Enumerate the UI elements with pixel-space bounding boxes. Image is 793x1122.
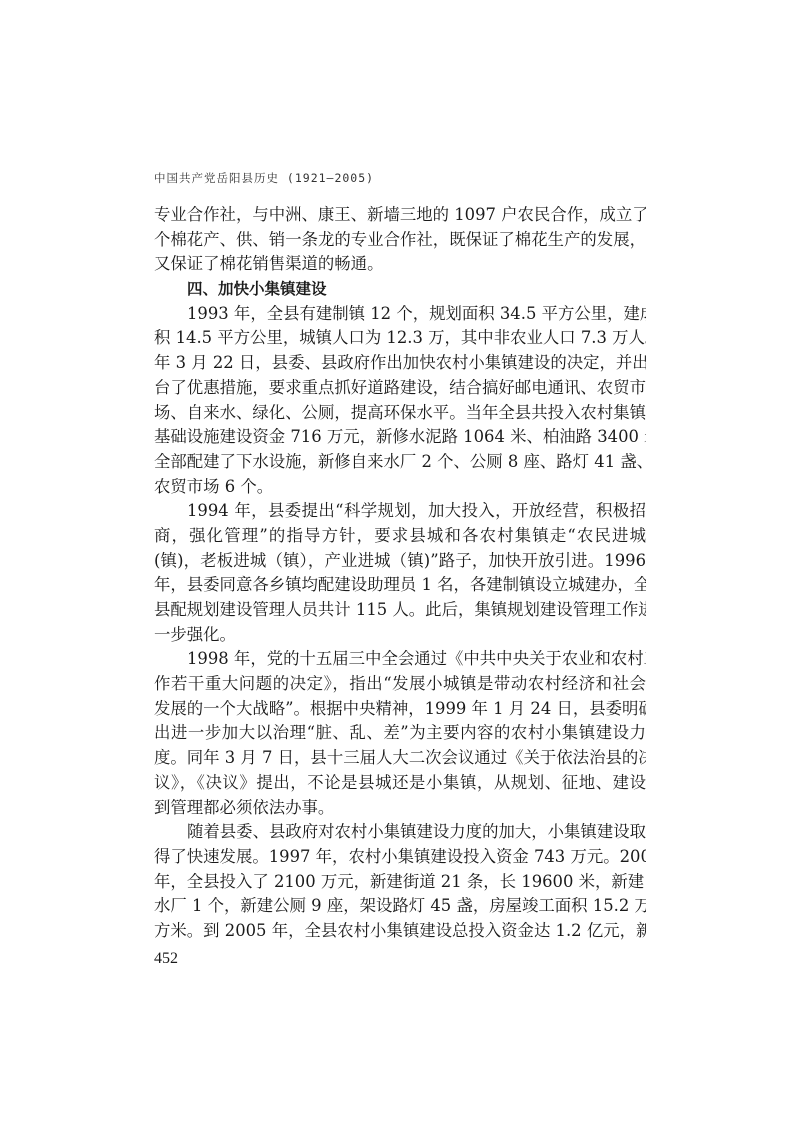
text-line: 场、自来水、绿化、公厕，提高环保水平。当年全县共投入农村集镇 (154, 401, 646, 426)
text-line: 一步强化。 (154, 623, 646, 648)
text-line: 农贸市场 6 个。 (154, 475, 646, 500)
text-line: 基础设施建设资金 716 万元，新修水泥路 1064 米、柏油路 3400 米， (154, 425, 646, 450)
text-line: 发展的一个大战略”。根据中央精神，1999 年 1 月 24 日，县委明确提 (154, 697, 646, 722)
text-line: 随着县委、县政府对农村小集镇建设力度的加大，小集镇建设取 (154, 820, 646, 845)
text-line: 县配规划建设管理人员共计 115 人。此后，集镇规划建设管理工作进 (154, 598, 646, 623)
text-line: 1998 年，党的十五届三中全会通过《中共中央关于农业和农村工 (154, 647, 646, 672)
text-line: 议》，《决议》提出，不论是县城还是小集镇，从规划、征地、建设 (154, 771, 646, 796)
section-heading: 四、加快小集镇建设 (154, 277, 646, 302)
text-line: 积 14.5 平方公里，城镇人口为 12.3 万，其中非农业人口 7.3 万人。… (154, 326, 646, 351)
text-line: 全部配建了下水设施，新修自来水厂 2 个、公厕 8 座、路灯 41 盏、 (154, 450, 646, 475)
text-line: 年，全县投入了 2100 万元，新建街道 21 条，长 19600 米，新建自来 (154, 870, 646, 895)
text-line: 水厂 1 个，新建公厕 9 座，架设路灯 45 盏，房屋竣工面积 15.2 万平 (154, 894, 646, 919)
text-line: 专业合作社，与中洲、康王、新墙三地的 1097 户农民合作，成立了 3 (154, 203, 646, 228)
text-line: 得了快速发展。1997 年，农村小集镇建设投入资金 743 万元。2001 (154, 845, 646, 870)
text-line: 台了优惠措施，要求重点抓好道路建设，结合搞好邮电通讯、农贸市 (154, 376, 646, 401)
text-line: 到管理都必须依法办事。 (154, 796, 646, 821)
text-line: 出进一步加大以治理“脏、乱、差”为主要内容的农村小集镇建设力 (154, 721, 646, 746)
text-line: 年 3 月 22 日，县委、县政府作出加快农村小集镇建设的决定，并出 (154, 351, 646, 376)
text-line: (镇)，老板进城（镇），产业进城（镇)”路子，加快开放引进。1996 (154, 549, 646, 574)
body-text: 专业合作社，与中洲、康王、新墙三地的 1097 户农民合作，成立了 3 个棉花产… (154, 203, 646, 944)
text-line: 作若干重大问题的决定》，指出“发展小城镇是带动农村经济和社会 (154, 672, 646, 697)
text-line: 1993 年，全县有建制镇 12 个，规划面积 34.5 平方公里，建成面 (154, 302, 646, 327)
running-head: 中国共产党岳阳县历史 (1921—2005) (154, 170, 374, 186)
text-line: 商，强化管理”的指导方针，要求县城和各农村集镇走“农民进城 (154, 524, 646, 549)
text-line: 年，县委同意各乡镇均配建设助理员 1 名，各建制镇设立城建办，全 (154, 573, 646, 598)
text-line: 度。同年 3 月 7 日，县十三届人大二次会议通过《关于依法治县的决 (154, 746, 646, 771)
text-line: 1994 年，县委提出“科学规划，加大投入，开放经营，积极招 (154, 499, 646, 524)
text-line: 又保证了棉花销售渠道的畅通。 (154, 252, 646, 277)
page-number: 452 (154, 950, 178, 968)
text-line: 个棉花产、供、销一条龙的专业合作社，既保证了棉花生产的发展， (154, 228, 646, 253)
text-line: 方米。到 2005 年，全县农村小集镇建设总投入资金达 1.2 亿元，新建 (154, 919, 646, 944)
